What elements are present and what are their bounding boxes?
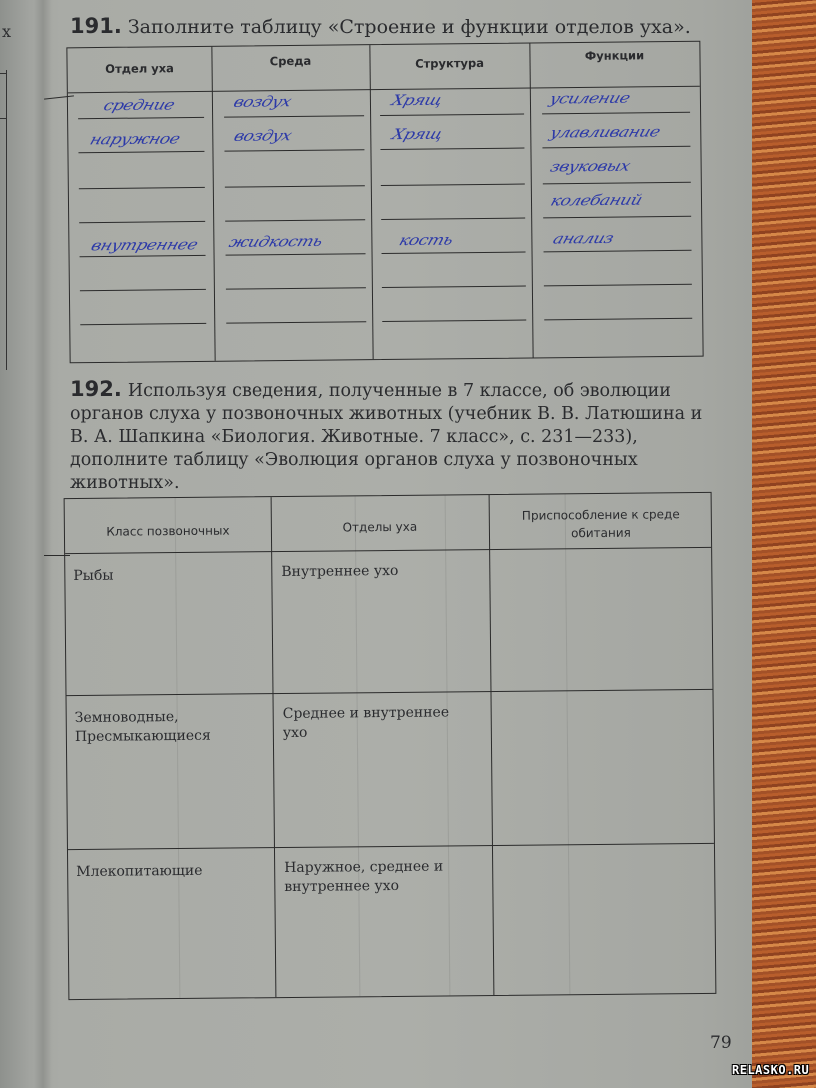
handwritten-structure: Хрящ: [390, 126, 445, 144]
handwritten-function: усиление: [547, 90, 632, 108]
cell-class-fish: Рыбы: [73, 565, 263, 586]
write-in-line: [226, 253, 366, 255]
column-divider: [271, 497, 277, 997]
handwritten-ear-section: средние: [101, 97, 176, 115]
handwritten-ear-section: наружное: [88, 131, 182, 149]
column-divider: [369, 45, 373, 359]
cell-sections-fish: Внутреннее ухо: [281, 561, 481, 582]
write-in-line: [544, 318, 692, 321]
watermark: RELASKO.RU: [732, 1063, 809, 1077]
column-divider: [211, 47, 215, 361]
task-191-text: Заполните таблицу «Строение и функции от…: [128, 16, 691, 38]
write-in-line: [382, 252, 526, 255]
write-in-line: [543, 216, 691, 219]
write-in-line: [543, 182, 691, 185]
header-vertebrate-class: Класс позвоночных: [65, 521, 271, 541]
handwritten-medium: воздух: [232, 127, 294, 145]
header-adaptation: Приспособление к среде обитания: [501, 505, 701, 543]
task-192-paragraph: 192.Используя сведения, полученные в 7 к…: [70, 378, 720, 495]
handwritten-medium: воздух: [231, 93, 293, 111]
handwritten-structure: кость: [397, 232, 455, 250]
handwritten-medium: жидкость: [227, 233, 325, 251]
handwritten-function: улавливание: [548, 124, 663, 142]
handwritten-ear-section: внутреннее: [89, 236, 200, 254]
write-in-line: [80, 255, 206, 257]
write-in-line: [80, 323, 206, 325]
task-192-number: 192.: [70, 377, 122, 401]
row-divider: [68, 843, 714, 850]
write-in-line: [380, 114, 524, 117]
header-ear-section: Отдел уха: [68, 61, 212, 77]
previous-page-fragment: х: [0, 0, 30, 360]
page-number: 79: [710, 1033, 732, 1053]
previous-page-table-border: [6, 70, 7, 370]
write-in-line: [542, 112, 690, 115]
task-191-number: 191.: [70, 14, 122, 38]
ear-structure-table: Отдел уха Среда Структура Функции средни…: [66, 41, 703, 364]
write-in-line: [80, 289, 206, 291]
cell-sections-amphibians-reptiles: Среднее и внутреннее ухо: [283, 703, 473, 743]
write-in-line: [79, 187, 205, 189]
write-in-line: [544, 284, 692, 287]
page-gutter: [34, 0, 52, 1088]
handwritten-function: звуковых: [548, 158, 632, 176]
write-in-line: [382, 320, 526, 323]
cell-class-amphibians-reptiles: Земноводные, Пресмыкающиеся: [75, 707, 265, 747]
write-in-line: [380, 148, 524, 151]
cell-adaptation-amphibians-reptiles[interactable]: [503, 701, 704, 833]
write-in-line: [542, 146, 690, 149]
write-in-line: [79, 221, 205, 223]
write-in-line: [225, 219, 365, 221]
write-in-line: [544, 250, 692, 253]
row-divider: [66, 689, 712, 696]
column-divider: [529, 43, 533, 357]
write-in-line: [382, 286, 526, 289]
cell-sections-mammals: Наружное, среднее и внутреннее ухо: [284, 857, 464, 897]
header-functions: Функции: [529, 48, 699, 64]
cell-adaptation-mammals[interactable]: [504, 855, 705, 987]
hearing-evolution-table: Класс позвоночных Отделы уха Приспособле…: [64, 492, 717, 1000]
wooden-table-edge: [752, 0, 816, 1088]
handwritten-function: анализ: [551, 230, 616, 248]
cell-class-mammals: Млекопитающие: [76, 861, 266, 882]
header-ear-sections: Отделы уха: [271, 517, 489, 537]
write-in-line: [224, 115, 364, 117]
handwritten-function: колебаний: [548, 192, 644, 210]
write-in-line: [225, 185, 365, 187]
task-192-text: Используя сведения, полученные в 7 класс…: [70, 381, 702, 493]
cell-adaptation-fish[interactable]: [501, 559, 702, 681]
write-in-line: [78, 151, 204, 153]
previous-page-letter: х: [2, 22, 11, 41]
task-191-heading: 191.Заполните таблицу «Строение и функци…: [70, 14, 691, 38]
column-divider: [489, 495, 495, 995]
write-in-line: [224, 149, 364, 151]
write-in-line: [226, 287, 366, 289]
write-in-line: [381, 218, 525, 221]
header-medium: Среда: [211, 53, 369, 69]
write-in-line: [226, 321, 366, 323]
write-in-line: [78, 117, 204, 119]
write-in-line: [381, 184, 525, 187]
header-structure: Структура: [369, 55, 529, 71]
handwritten-structure: Хрящ: [389, 92, 444, 110]
